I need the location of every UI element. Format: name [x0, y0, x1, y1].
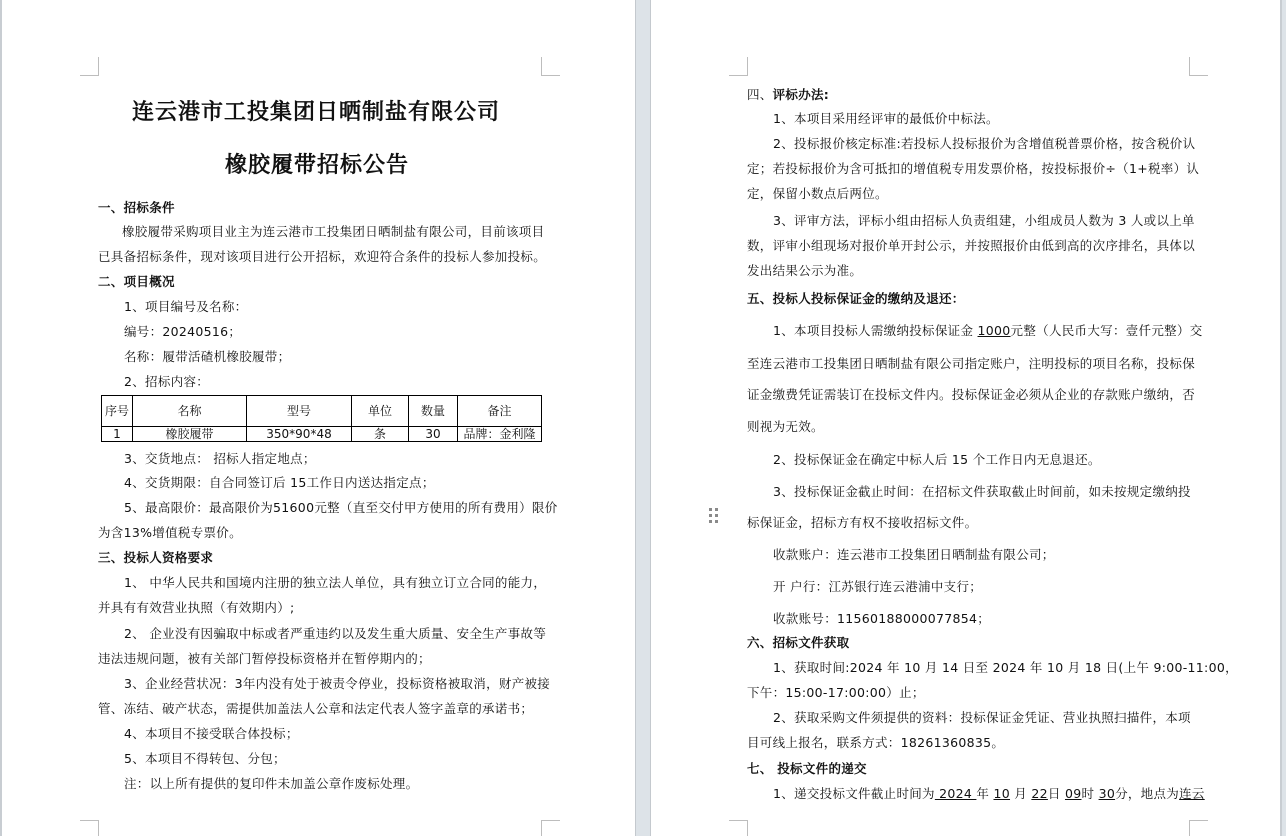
paragraph-text: 3、交货地点： 招标人指定地点； [124, 451, 316, 467]
table-header-cell: 序号 [102, 396, 133, 427]
paragraph-text: 1、项目编号及名称： [124, 299, 247, 315]
margin-corner-mark [729, 820, 748, 836]
table-header-cell: 型号 [247, 396, 352, 427]
table-header-cell: 名称 [133, 396, 247, 427]
submission-place: 连云 [1179, 786, 1205, 801]
paragraph-text: 5、本项目不得转包、分包； [124, 751, 286, 767]
text-segment: 日 [1048, 786, 1065, 801]
paragraph-text: 已具备招标条件，现对该项目进行公开招标，欢迎符合条件的投标人参加投标。 [98, 249, 546, 265]
note-text: 注：以上所有提供的复印件未加盖公章作废标处理。 [124, 776, 418, 792]
margin-corner-mark [729, 57, 748, 76]
deadline-month: 10 [994, 786, 1011, 801]
paragraph-text: 4、本项目不接受联合体投标； [124, 726, 299, 742]
paragraph-text: 2、投标保证金在确定中标人后 15 个工作日内无息退还。 [773, 452, 1101, 468]
paragraph-text: 下午：15:00-17:00:00）止； [747, 685, 925, 701]
document-subtitle: 橡胶履带招标公告 [225, 148, 409, 179]
paragraph-text: 4、交货期限：自合同签订后 15工作日内送达指定点； [124, 475, 435, 491]
document-page-2: 四、评标办法: 1、本项目采用经评审的最低价中标法。 2、投标报价核定标准:若投… [651, 0, 1282, 836]
paragraph-drag-handle-icon[interactable] [709, 508, 721, 526]
table-header-row: 序号 名称 型号 单位 数量 备注 [102, 396, 542, 427]
table-cell: 橡胶履带 [133, 427, 247, 442]
table-cell: 30 [409, 427, 458, 442]
paragraph-text: 3、投标保证金截止时间：在招标文件获取截止时间前，如未按规定缴纳投 [773, 484, 1191, 500]
table-header-cell: 数量 [409, 396, 458, 427]
document-title: 连云港市工投集团日晒制盐有限公司 [132, 95, 500, 126]
paragraph-text: 违法违规问题，被有关部门暂停投标资格并在暂停期内的； [98, 651, 431, 667]
table-row: 1 橡胶履带 350*90*48 条 30 品牌：金利隆 [102, 427, 542, 442]
table-cell: 条 [352, 427, 409, 442]
paragraph-text: 并具有有效营业执照（有效期内）; [98, 600, 295, 616]
deadline-minute: 30 [1099, 786, 1116, 801]
paragraph-text: 2、 企业没有因骗取中标或者严重违约以及发生重大质量、安全生产事故等 [124, 626, 546, 642]
paragraph-text: 发出结果公示为准。 [747, 263, 862, 279]
margin-corner-mark [541, 57, 560, 76]
section-heading: 三、投标人资格要求 [98, 550, 213, 566]
paragraph-text: 1、本项目采用经评审的最低价中标法。 [773, 111, 999, 127]
paragraph-text: 管、冻结、破产状态，需提供加盖法人公章和法定代表人签字盖章的承诺书； [98, 701, 533, 717]
document-page-1: 连云港市工投集团日晒制盐有限公司 橡胶履带招标公告 一、招标条件 橡胶履带采购项… [0, 0, 635, 836]
paragraph-text: 3、评审方法，评标小组由招标人负责组建，小组成员人数为 3 人或以上单 [773, 213, 1195, 229]
bid-items-table: 序号 名称 型号 单位 数量 备注 1 橡胶履带 350*90*48 条 30 … [101, 395, 542, 442]
paragraph-text: 标保证金，招标方有权不接收招标文件。 [747, 515, 977, 531]
text-segment: 分，地点为 [1115, 786, 1179, 801]
paragraph-text: 数，评审小组现场对报价单开封公示，并按照报价由低到高的次序排名，具体以 [747, 238, 1195, 254]
paragraph-text: 2、获取采购文件须提供的资料：投标保证金凭证、营业执照扫描件，本项 [773, 710, 1191, 726]
paragraph-text: 3、企业经营状况：3年内没有处于被责令停业，投标资格被取消，财产被接 [124, 676, 550, 692]
paragraph-text: 定；若投标报价为含可抵扣的增值税专用发票价格，按投标报价÷（1+税率）认 [747, 161, 1199, 177]
section-number: 四、 [747, 87, 773, 102]
table-cell: 1 [102, 427, 133, 442]
section-heading: 七、 投标文件的递交 [747, 761, 867, 777]
table-cell: 350*90*48 [247, 427, 352, 442]
deadline-day: 22 [1031, 786, 1048, 801]
margin-corner-mark [1189, 57, 1208, 76]
margin-corner-mark [80, 820, 99, 836]
project-code: 编号：20240516； [124, 324, 241, 340]
paragraph-text: 1、获取时间:2024 年 10 月 14 日至 2024 年 10 月 18 … [773, 660, 1238, 676]
text-segment: 时 [1081, 786, 1098, 801]
paragraph-text: 证金缴费凭证需装订在投标文件内。投标保证金必须从企业的存款账户缴纳，否 [747, 387, 1195, 403]
page-gap-divider [635, 0, 636, 836]
deadline-year: 2024 [935, 786, 977, 801]
text-segment: 1、递交投标文件截止时间为 [773, 786, 935, 801]
text-segment: 元整（人民币大写：壹仟元整）交 [1011, 323, 1203, 338]
text-segment: 年 [976, 786, 993, 801]
deadline-hour: 09 [1065, 786, 1082, 801]
section-heading: 二、项目概况 [98, 274, 175, 290]
section-title: 评标办法: [773, 87, 830, 102]
paragraph-text: 2、投标报价核定标准:若投标人投标报价为含增值税普票价格，按含税价认 [773, 136, 1195, 152]
paragraph-text: 为含13%增值税专票价。 [98, 525, 242, 541]
table-header-cell: 备注 [458, 396, 542, 427]
section-heading: 一、招标条件 [98, 200, 175, 216]
paragraph-text: 至连云港市工投集团日晒制盐有限公司指定账户，注明投标的项目名称，投标保 [747, 356, 1195, 372]
paragraph-text: 定，保留小数点后两位。 [747, 186, 888, 202]
deposit-amount: 1000 [978, 323, 1011, 338]
section-heading: 五、投标人投标保证金的缴纳及退还： [747, 291, 965, 307]
paragraph-text: 1、递交投标文件截止时间为 2024 年 10 月 22日 09时 30分，地点… [773, 786, 1205, 802]
project-name: 名称：履带活碴机橡胶履带； [124, 349, 290, 365]
text-segment: 1、本项目投标人需缴纳投标保证金 [773, 323, 978, 338]
margin-corner-mark [1189, 820, 1208, 836]
paragraph-text: 5、最高限价：最高限价为51600元整（直至交付甲方使用的所有费用）限价 [124, 500, 558, 516]
account-number: 收款账号：11560188000077854； [773, 611, 990, 627]
text-segment: 月 [1010, 786, 1031, 801]
paragraph-text: 1、本项目投标人需缴纳投标保证金 1000元整（人民币大写：壹仟元整）交 [773, 323, 1203, 339]
paragraph-text: 则视为无效。 [747, 419, 824, 435]
paragraph-text: 1、 中华人民共和国境内注册的独立法人单位，具有独立订立合同的能力， [124, 575, 546, 591]
paragraph-text: 橡胶履带采购项目业主为连云港市工投集团日晒制盐有限公司，目前该项目 [122, 224, 544, 240]
paragraph-text: 2、招标内容： [124, 374, 209, 390]
table-cell: 品牌：金利隆 [458, 427, 542, 442]
margin-corner-mark [541, 820, 560, 836]
table-header-cell: 单位 [352, 396, 409, 427]
section-heading: 四、评标办法: [747, 87, 829, 103]
bank-name: 开 户行：江苏银行连云港浦中支行； [773, 579, 982, 595]
margin-corner-mark [80, 57, 99, 76]
section-heading: 六、招标文件获取 [747, 635, 849, 651]
paragraph-text: 目可线上报名，联系方式：18261360835。 [747, 735, 1004, 751]
account-name: 收款账户：连云港市工投集团日晒制盐有限公司； [773, 547, 1055, 563]
